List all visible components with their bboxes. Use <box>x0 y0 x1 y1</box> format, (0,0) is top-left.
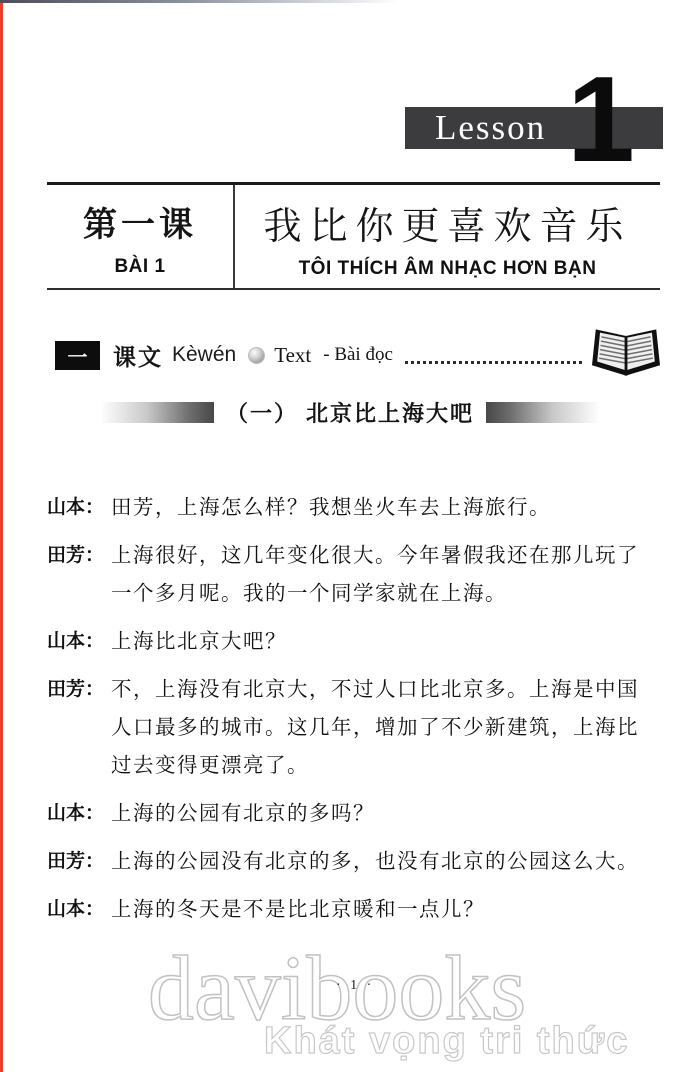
lesson-title-chinese-left: 第一课 <box>83 197 197 246</box>
dialogue-line: 田芳： 上海的公园没有北京的多，也没有北京的公园这么大。 <box>47 843 660 881</box>
section-title-vietnamese: - Bài đọc <box>323 344 393 366</box>
lesson-title-vietnamese: TÔI THÍCH ÂM NHẠC HƠN BẠN <box>299 258 597 280</box>
title-cell-left: 第一课 BÀI 1 <box>47 185 235 288</box>
speech-text: 上海很好，这几年变化很大。今年暑假我还在那儿玩了一个多月呢。我的一个同学家就在上… <box>111 537 660 613</box>
dotted-leader <box>405 361 582 364</box>
dialogue-line: 山本： 上海比北京大吧？ <box>47 623 660 661</box>
dialogue-line: 山本： 上海的公园有北京的多吗？ <box>47 795 660 833</box>
speaker-name: 山本： <box>47 891 111 929</box>
open-book-icon <box>592 327 660 382</box>
bullet-sphere-icon <box>248 347 265 364</box>
speech-text: 田芳，上海怎么样？我想坐火车去上海旅行。 <box>111 489 660 527</box>
section-index-box: 一 <box>55 341 100 370</box>
speaker-name: 山本： <box>47 623 111 661</box>
speech-text: 不，上海没有北京大，不过人口比北京多。上海是中国人口最多的城市。这几年，增加了不… <box>111 671 660 785</box>
speaker-name: 山本： <box>47 795 111 833</box>
dialogue-line: 山本： 田芳，上海怎么样？我想坐火车去上海旅行。 <box>47 489 660 527</box>
scan-edge-red-line <box>0 0 3 1072</box>
watermark-slogan: Khát vọng tri thức <box>264 1022 629 1060</box>
dialogue-line: 田芳： 不，上海没有北京大，不过人口比北京多。上海是中国人口最多的城市。这几年，… <box>47 671 660 785</box>
dialogue-body: 山本： 田芳，上海怎么样？我想坐火车去上海旅行。 田芳： 上海很好，这几年变化很… <box>47 489 660 939</box>
lesson-label: Lesson <box>435 108 546 148</box>
lesson-title-vietnamese-left: BÀI 1 <box>114 256 165 278</box>
page-number: · 1 · <box>336 978 374 994</box>
section-title-pinyin: Kèwén <box>172 343 236 367</box>
section-title-english: Text <box>274 343 311 368</box>
subtitle-banner: （一） 北京比上海大吧 <box>0 399 700 425</box>
dialogue-line: 田芳： 上海很好，这几年变化很大。今年暑假我还在那儿玩了一个多月呢。我的一个同学… <box>47 537 660 613</box>
textbook-page: Lesson 1 第一课 BÀI 1 我比你更喜欢音乐 TÔI THÍCH ÂM… <box>0 0 700 1072</box>
scan-edge-shadow <box>0 0 420 3</box>
speaker-name: 田芳： <box>47 671 111 785</box>
section-index-glyph: 一 <box>68 341 88 370</box>
speaker-name: 山本： <box>47 489 111 527</box>
lesson-title-chinese: 我比你更喜欢音乐 <box>263 195 631 250</box>
gradient-bar-left <box>102 402 214 423</box>
speaker-name: 田芳： <box>47 843 111 881</box>
gradient-bar-right <box>486 402 598 423</box>
dialogue-line: 山本： 上海的冬天是不是比北京暖和一点儿？ <box>47 891 660 929</box>
speaker-name: 田芳： <box>47 537 111 613</box>
speech-text: 上海的冬天是不是比北京暖和一点儿？ <box>111 891 660 929</box>
speech-text: 上海的公园有北京的多吗？ <box>111 795 660 833</box>
section-header: 一 课文 Kèwén Text - Bài đọc <box>55 330 660 380</box>
title-cell-right: 我比你更喜欢音乐 TÔI THÍCH ÂM NHẠC HƠN BẠN <box>235 185 660 288</box>
title-table: 第一课 BÀI 1 我比你更喜欢音乐 TÔI THÍCH ÂM NHẠC HƠN… <box>47 182 660 290</box>
speech-text: 上海比北京大吧？ <box>111 623 660 661</box>
dialogue-subtitle: （一） 北京比上海大吧 <box>226 397 474 428</box>
lesson-number: 1 <box>567 58 635 180</box>
section-title-chinese: 课文 <box>113 339 163 372</box>
speech-text: 上海的公园没有北京的多，也没有北京的公园这么大。 <box>111 843 660 881</box>
